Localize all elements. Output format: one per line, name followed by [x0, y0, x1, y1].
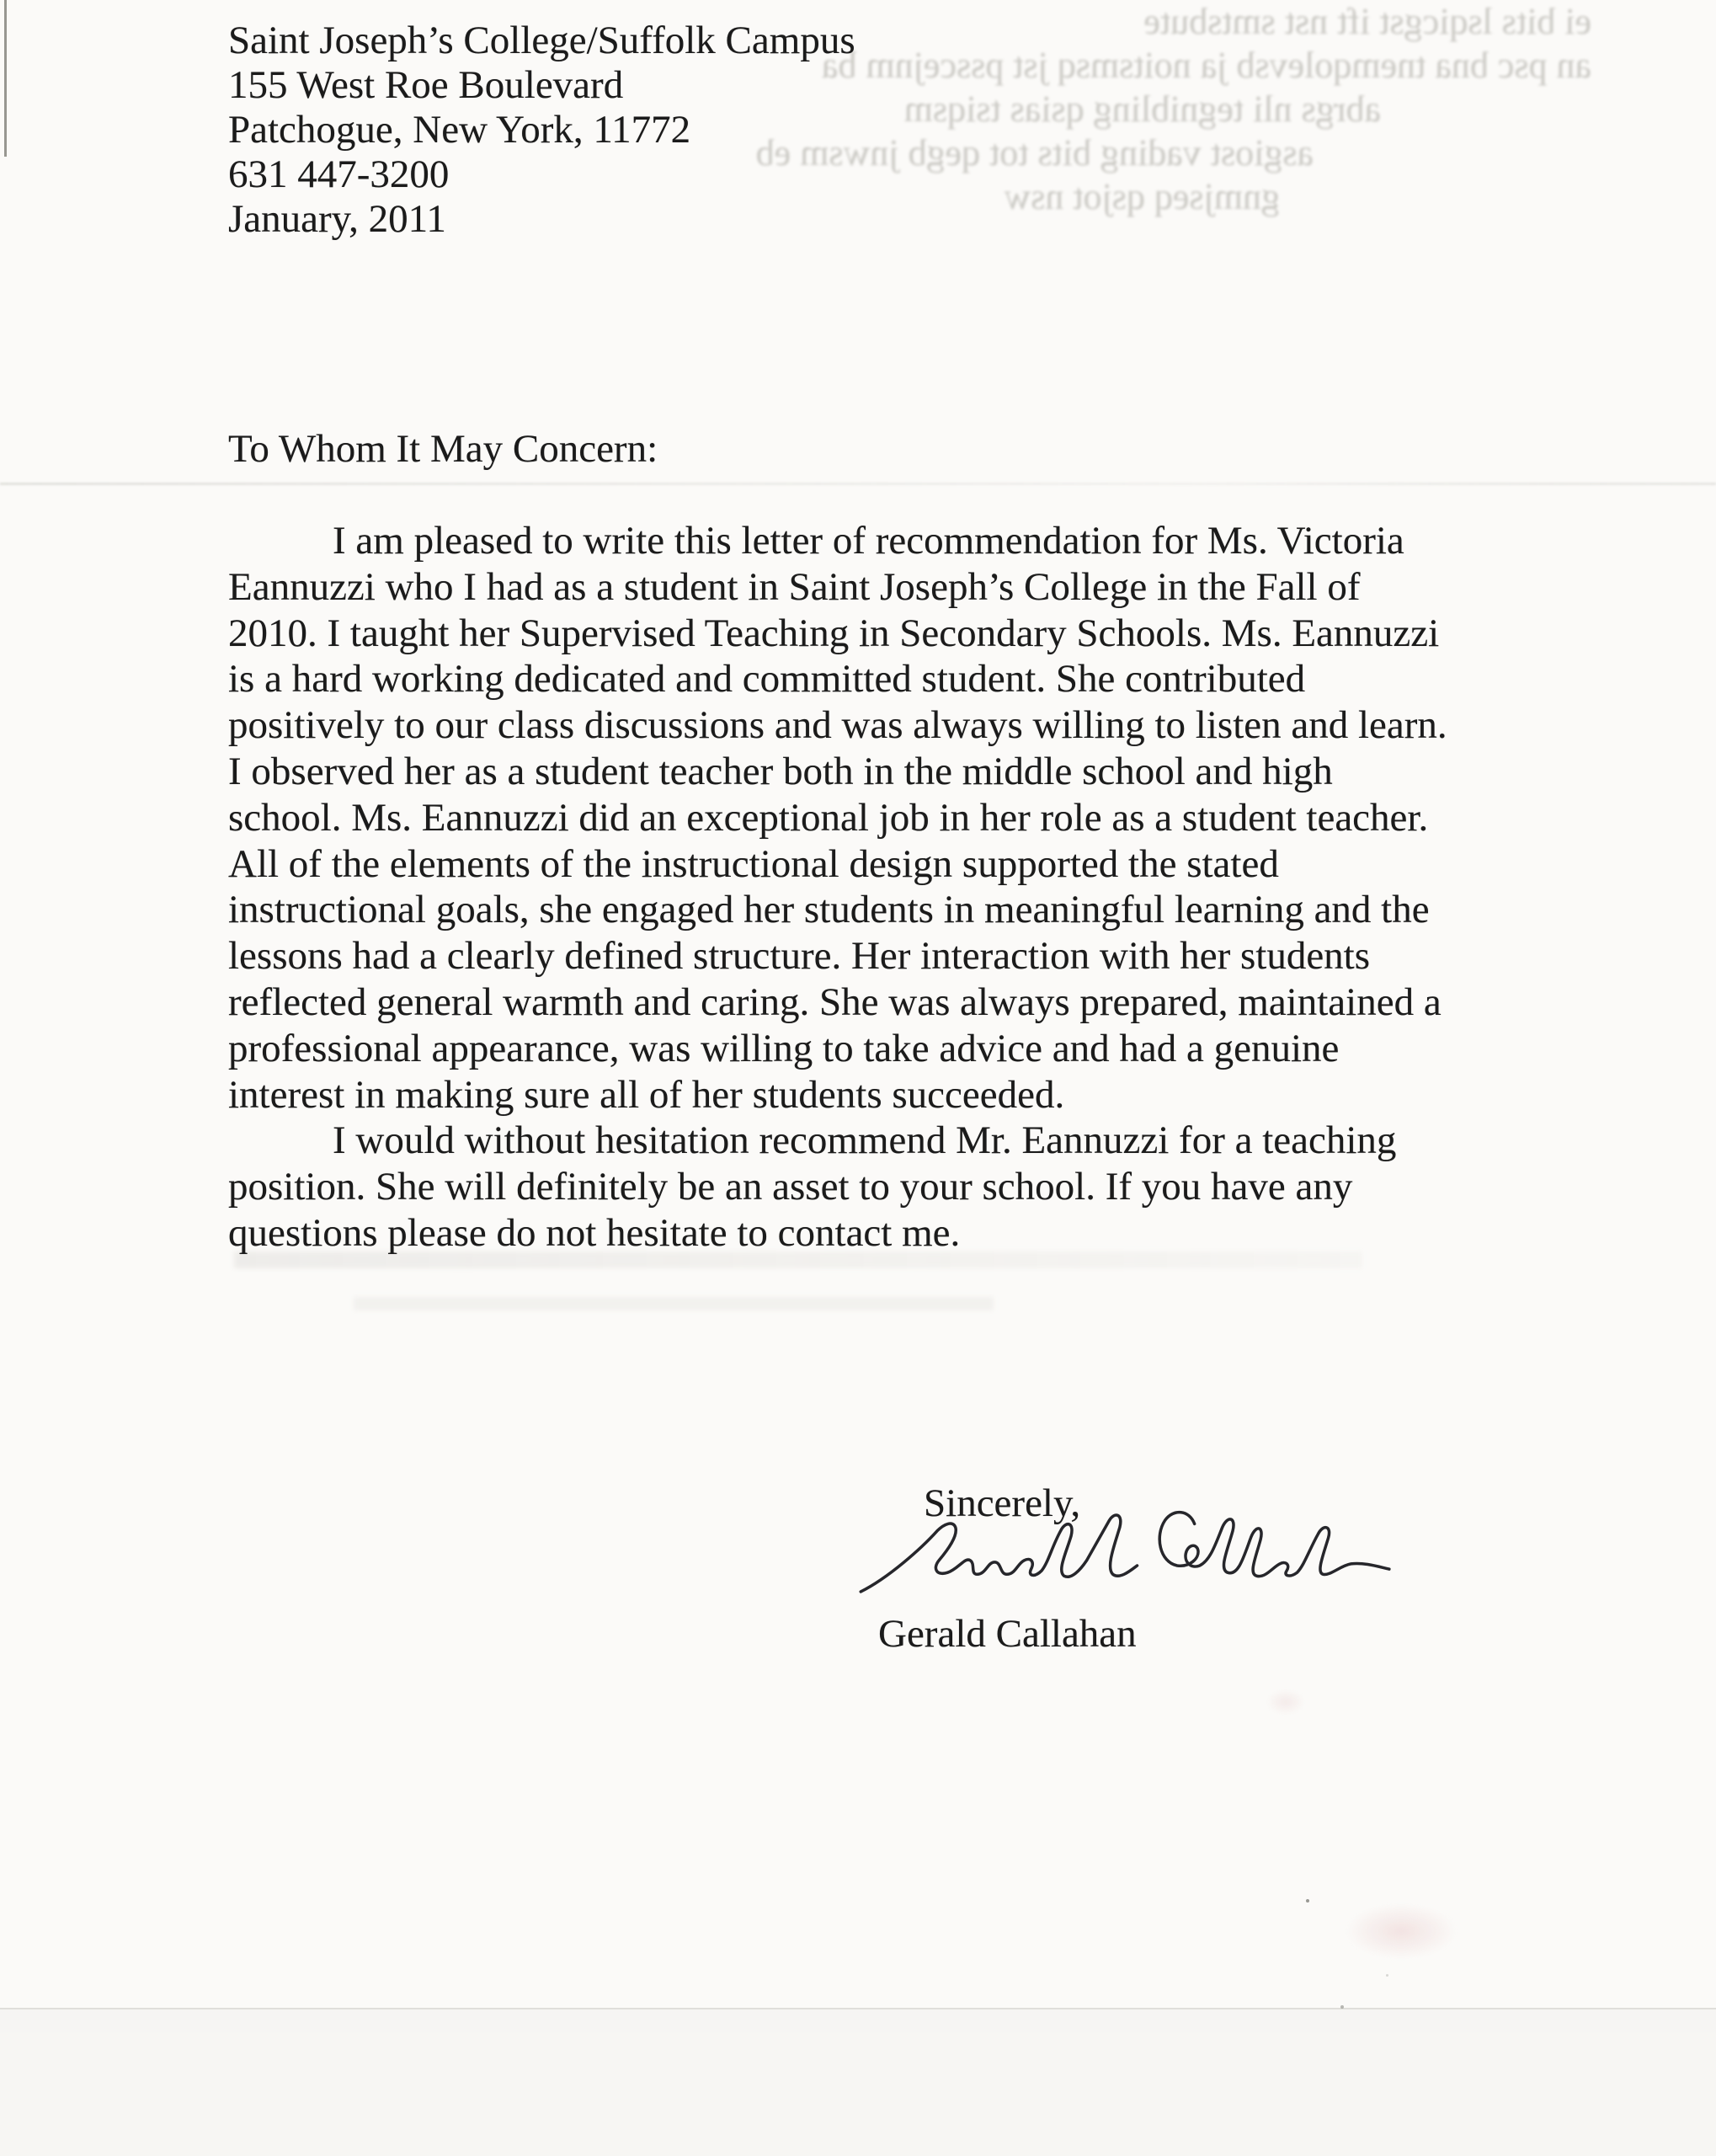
letterhead-line: 631 447-3200 — [228, 152, 855, 197]
body-text-line: school. Ms. Eannuzzi did an exceptional … — [228, 795, 1447, 841]
scan-edge-mark — [4, 0, 7, 157]
faint-smudge — [354, 1297, 994, 1310]
body-text-line: is a hard working dedicated and committe… — [228, 656, 1447, 702]
body-paragraph-2: I would without hesitation recommend Mr.… — [228, 1118, 1447, 1256]
body-paragraph-1: I am pleased to write this letter of rec… — [228, 518, 1447, 1118]
body-text-line: interest in making sure all of her stude… — [228, 1072, 1447, 1118]
handwritten-signature — [854, 1494, 1393, 1612]
paper-crease — [0, 483, 1716, 485]
body-text-line: reflected general warmth and caring. She… — [228, 979, 1447, 1026]
letter-body: I am pleased to write this letter of rec… — [228, 518, 1447, 1257]
letterhead-line: 155 West Roe Boulevard — [228, 63, 855, 108]
pink-stain — [1266, 1689, 1305, 1715]
paper-fold-shading — [0, 2009, 1716, 2156]
letterhead: Saint Joseph’s College/Suffolk Campus155… — [228, 19, 855, 242]
scanned-letter-page: ei bits lsqicgst ift nst smtsbutean psc … — [0, 0, 1716, 2156]
body-text-line: questions please do not hesitate to cont… — [228, 1210, 1447, 1257]
letterhead-line: Saint Joseph’s College/Suffolk Campus — [228, 19, 855, 63]
body-text-line: 2010. I taught her Supervised Teaching i… — [228, 611, 1447, 657]
dust-speck — [1386, 1974, 1388, 1977]
body-text-line: I observed her as a student teacher both… — [228, 749, 1447, 795]
body-text-line: position. She will definitely be an asse… — [228, 1164, 1447, 1210]
letterhead-line: Patchogue, New York, 11772 — [228, 108, 855, 152]
body-text-line: positively to our class discussions and … — [228, 702, 1447, 749]
body-text-line: All of the elements of the instructional… — [228, 841, 1447, 888]
dust-speck — [1306, 1899, 1309, 1903]
body-text-line: I would without hesitation recommend Mr.… — [228, 1118, 1447, 1164]
signature-stroke-callahan — [1159, 1513, 1389, 1577]
signature-stroke-gerald — [861, 1515, 1137, 1592]
signer-typed-name: Gerald Callahan — [878, 1611, 1137, 1657]
dust-speck — [1340, 2005, 1344, 2009]
body-text-line: professional appearance, was willing to … — [228, 1026, 1447, 1072]
pink-stain — [1346, 1903, 1457, 1959]
letterhead-line: January, 2011 — [228, 197, 855, 242]
body-text-line: instructional goals, she engaged her stu… — [228, 887, 1447, 933]
body-text-line: lessons had a clearly defined structure.… — [228, 933, 1447, 979]
salutation: To Whom It May Concern: — [228, 426, 658, 472]
body-text-line: Eannuzzi who I had as a student in Saint… — [228, 564, 1447, 611]
body-text-line: I am pleased to write this letter of rec… — [228, 518, 1447, 564]
